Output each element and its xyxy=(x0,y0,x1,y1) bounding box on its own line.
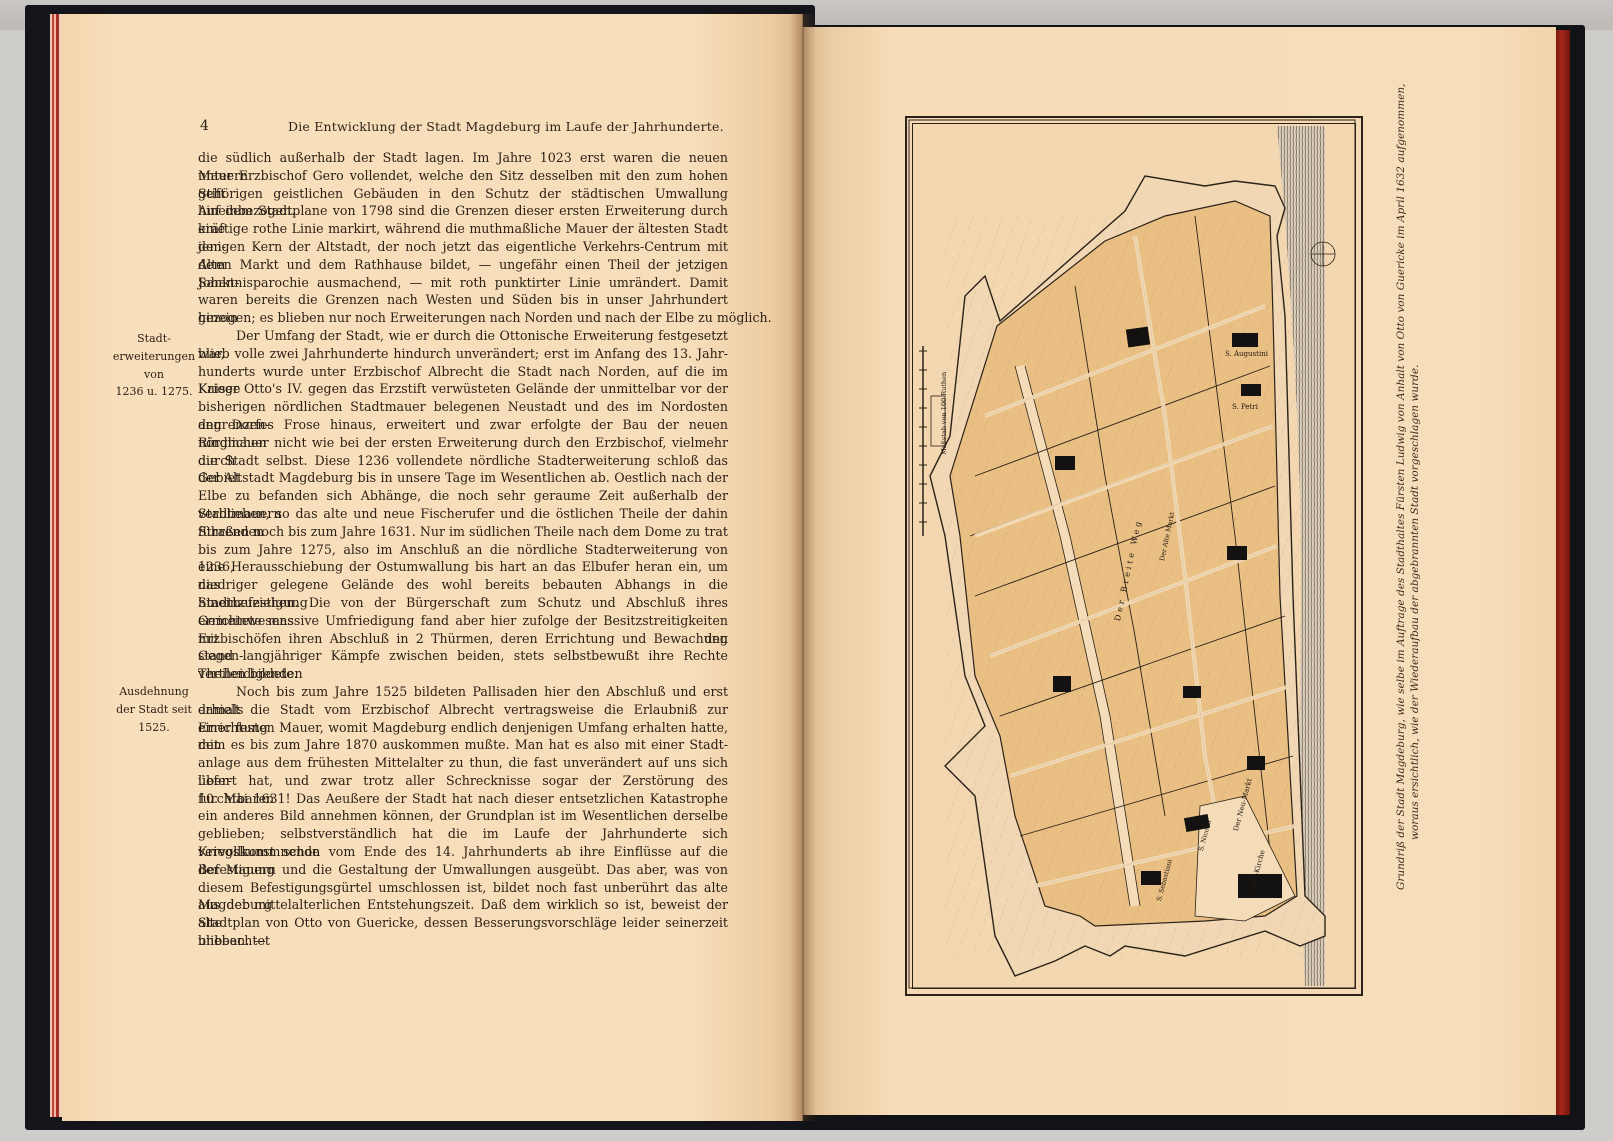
text-line: errichtete massive Umfriedigung fand abe… xyxy=(198,612,728,630)
text-line: 10. Mai 1631! Das Aeußere der Stadt hat … xyxy=(198,790,728,808)
text-line: liefert hat, und zwar trotz aller Schrec… xyxy=(198,772,728,790)
text-line: der Mauern und die Gestaltung der Umwall… xyxy=(198,861,728,879)
marginal-note: Stadt-erweiterungenvon1236 u. 1275. xyxy=(112,330,196,401)
text-line: blieben. — xyxy=(198,932,728,950)
marginal-note-line: von xyxy=(112,366,196,384)
text-line: bis zum Jahre 1275, also im Anschluß an … xyxy=(198,541,728,559)
text-line: Stadtplan von Otto von Guericke, dessen … xyxy=(198,914,728,932)
text-line: hineinzuziehen. Die von der Bürgerschaft… xyxy=(198,594,728,612)
marginal-note-line: der Stadt seit xyxy=(112,701,196,719)
red-edge-right xyxy=(1556,30,1570,1115)
text-line: der Altstadt Magdeburg bis in unsere Tag… xyxy=(198,469,728,487)
text-line: geblieben; selbstverständlich hat die im… xyxy=(198,825,728,843)
text-line: Theilen bildete. xyxy=(198,665,728,683)
caption-line-1: Grundriß der Stadt Magdeburg, wie selbe … xyxy=(1395,84,1407,890)
text-line: stand langjähriger Kämpfe zwischen beide… xyxy=(198,647,728,665)
text-line: Ringmauer nicht wie bei der ersten Erwei… xyxy=(198,434,728,452)
page-number: 4 xyxy=(200,118,209,134)
text-line: waren bereits die Grenzen nach Westen un… xyxy=(198,291,728,309)
text-line: Erzbischöfen ihren Abschluß in 2 Thürmen… xyxy=(198,630,728,648)
text-line: Elbe zu befanden sich Abhänge, die noch … xyxy=(198,487,728,505)
marginal-note-line: Stadt- xyxy=(112,330,196,348)
text-line: kräftige rothe Linie markirt, während di… xyxy=(198,220,728,238)
scale-title: Maßstab von 100 Ruthen xyxy=(940,372,948,455)
marginal-note-line: 1236 u. 1275. xyxy=(112,383,196,401)
text-line: niedriger gelegene Gelände des wohl bere… xyxy=(198,576,728,594)
text-line: dem es bis zum Jahre 1870 auskommen mußt… xyxy=(198,736,728,754)
caption-line-2: woraus ersichtlich, wie der Wiederaufbau… xyxy=(1409,365,1421,840)
text-line: erhielt die Stadt vom Erzbischof Albrech… xyxy=(198,701,728,719)
text-line: gezogen; es blieben nur noch Erweiterung… xyxy=(198,309,728,327)
marginal-note: Ausdehnungder Stadt seit1525. xyxy=(112,683,196,736)
text-line: ein anderes Bild annehmen können, der Gr… xyxy=(198,807,728,825)
text-line: bisherigen nördlichen Stadtmauer belegen… xyxy=(198,398,728,416)
text-line: diesem Befestigungsgürtel umschlossen is… xyxy=(198,879,728,897)
text-line: verblieben, so das alte und neue Fischer… xyxy=(198,505,728,523)
text-line: die südlich außerhalb der Stadt lagen. I… xyxy=(198,149,728,167)
compass-rose xyxy=(1311,242,1335,266)
marginal-note-line: 1525. xyxy=(112,719,196,737)
text-line: Johannisparochie ausmachend, — mit roth … xyxy=(198,274,728,292)
text-line: den Dorfes Frose hinaus, erweitert und z… xyxy=(198,416,728,434)
text-line: aus der mittelalterlichen Entstehungszei… xyxy=(198,896,728,914)
text-line: blieb volle zwei Jahrhunderte hindurch u… xyxy=(198,345,728,363)
label-st-augustini: S. Augustini xyxy=(1225,350,1268,358)
marginal-note-line: erweiterungen xyxy=(112,348,196,366)
text-line: Kriegskunst schon vom Ende des 14. Jahrh… xyxy=(198,843,728,861)
text-line: Straßen noch bis zum Jahre 1631. Nur im … xyxy=(198,523,728,541)
label-st-petri: S. Petri xyxy=(1232,403,1258,411)
text-line: die Stadt selbst. Diese 1236 vollendete … xyxy=(198,452,728,470)
text-line: einer festen Mauer, womit Magdeburg endl… xyxy=(198,719,728,737)
text-line: eine Herausschiebung der Ostumwallung bi… xyxy=(198,558,728,576)
running-title: Die Entwicklung der Stadt Magdeburg im L… xyxy=(288,119,724,134)
body-text: die südlich außerhalb der Stadt lagen. I… xyxy=(198,149,728,950)
map-caption: Grundriß der Stadt Magdeburg, wie selbe … xyxy=(1395,230,1435,890)
red-edge-left xyxy=(50,14,62,1117)
text-line: unter Erzbischof Gero vollendet, welche … xyxy=(198,167,728,185)
marginal-note-line: Ausdehnung xyxy=(112,683,196,701)
text-line: Auf dem Stadtplane von 1798 sind die Gre… xyxy=(198,202,728,220)
text-line: hunderts wurde unter Erzbischof Albrecht… xyxy=(198,363,728,381)
text-line: anlage aus dem frühesten Mittelalter zu … xyxy=(198,754,728,772)
text-line: gehörigen geistlichen Gebäuden in den Sc… xyxy=(198,185,728,203)
text-line: Noch bis zum Jahre 1525 bildeten Pallisa… xyxy=(198,683,728,701)
text-line: jenigen Kern der Altstadt, der noch jetz… xyxy=(198,238,728,256)
text-line: Alten Markt und dem Rathhause bildet, — … xyxy=(198,256,728,274)
text-line: Der Umfang der Stadt, wie er durch die O… xyxy=(198,327,728,345)
book-gutter xyxy=(790,14,816,1121)
text-line: Kaiser Otto's IV. gegen das Erzstift ver… xyxy=(198,380,728,398)
